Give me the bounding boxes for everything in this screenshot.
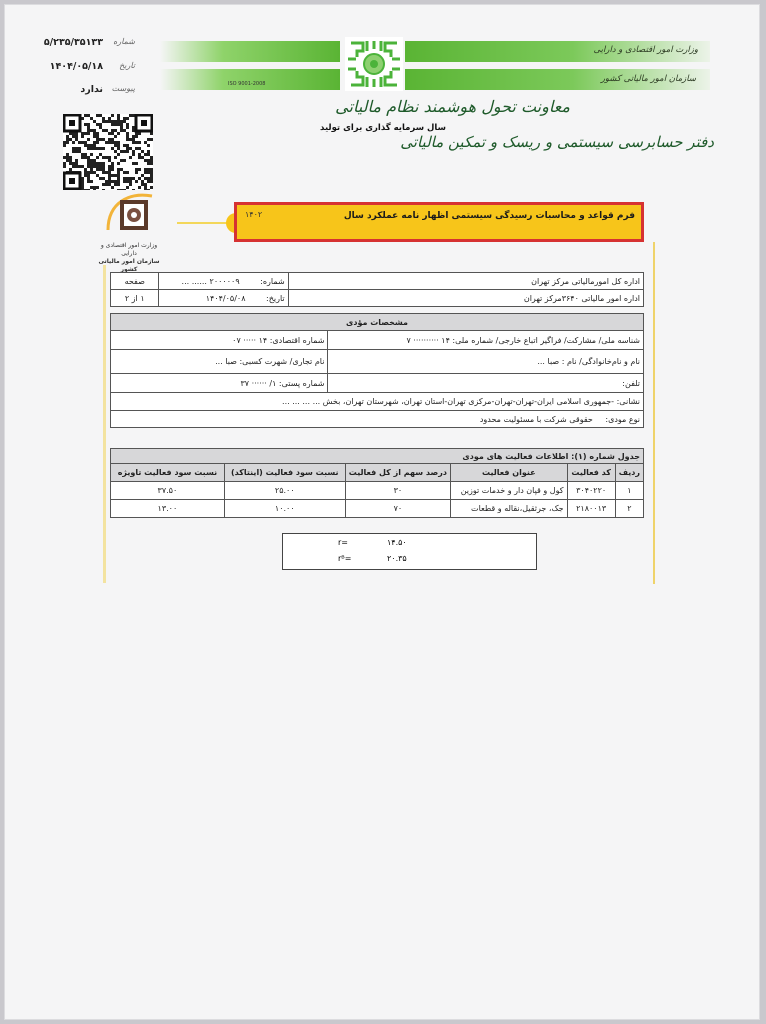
tax-organization-emblem-icon [345, 37, 403, 91]
national-id: شناسه ملی/ مشارکت/ فراگیر اتباع خارجی/ ش… [328, 331, 644, 350]
table-cell: ۲۵.۰۰ [224, 482, 345, 500]
table-cell: ۳۰۴۰۲۲۰ [567, 482, 615, 500]
header-bar-left-top [160, 41, 340, 62]
summary-r: r= ۱۴.۵۰ [283, 538, 536, 552]
column-header: عنوان فعالیت [451, 464, 568, 482]
connector-line [177, 222, 227, 224]
right-guide-line [653, 242, 655, 584]
taxpayer-section-title: مشخصات مؤدی [111, 314, 644, 331]
column-header: نسبت سود فعالیت تاویژه [111, 464, 225, 482]
economic-number: شماره اقتصادی: ۱۴ ····· ۰۷ [111, 331, 328, 350]
general-office: اداره کل امورمالیاتی مرکز تهران [288, 273, 643, 290]
trade-name: نام تجاری/ شهرت کسبی: صبا ... [111, 350, 328, 374]
office-info-table: اداره کل امورمالیاتی مرکز تهران شماره: ۲… [110, 272, 644, 307]
column-header: ردیف [615, 464, 643, 482]
column-header: درصد سهم از کل فعالیت [345, 464, 450, 482]
table-cell: ۳۷.۵۰ [111, 482, 225, 500]
office-title: دفتر حسابرسی سیستمی و ریسک و تمکین مالیا… [400, 133, 714, 151]
deputy-title: معاونت تحول هوشمند نظام مالیاتی [335, 97, 570, 116]
postal-code: شماره پستی: ۱/ ······ ۳۷ [111, 374, 328, 393]
table-cell: ۱۳.۰۰ [111, 500, 225, 518]
activities-table-title: جدول شماره (۱): اطلاعات فعالیت های مودی [111, 449, 644, 464]
taxpayer-name: نام و نام‌خانوادگی/ نام : صبا ... [328, 350, 644, 374]
form-title-banner: فرم قواعد و محاسبات رسیدگی سیستمی اظهار … [234, 202, 644, 242]
table-cell: جک، جرثقیل،نقاله و قطعات [451, 500, 568, 518]
organization-name: سازمان امور مالیاتی کشور [601, 74, 696, 84]
table-row: ۲۲۱۸۰۰۱۳جک، جرثقیل،نقاله و قطعات۷۰۱۰.۰۰۱… [111, 500, 644, 518]
qr-code [63, 114, 153, 190]
column-header: نسبت سود فعالیت (اینتاکد) [224, 464, 345, 482]
address: نشانی: -جمهوری اسلامی ایران-تهران-تهران-… [111, 393, 644, 411]
letter-date: تاریخ ۱۴۰۴/۰۵/۱۸ [30, 61, 135, 77]
letter-date-cell: تاریخ: ۱۴۰۴/۰۵/۰۸ [159, 290, 288, 307]
tax-office: اداره امور مالیاتی ۳۶۴۰مرکز تهران [288, 290, 643, 307]
left-guide-line [103, 265, 106, 583]
taxpayer-type: نوع مودی: حقوقی شرکت با مسئولیت محدود [111, 411, 644, 428]
table-cell: ۱ [615, 482, 643, 500]
table-cell: ۳۰ [345, 482, 450, 500]
page-label: صفحه [111, 273, 159, 290]
summary-box: r= ۱۴.۵۰ rᴮ= ۲۰.۳۵ [282, 533, 537, 570]
table-cell: ۲ [615, 500, 643, 518]
letter-number-cell: شماره: ۲۰۰۰۰۰۹ ...... ... [159, 273, 288, 290]
summary-rb: rᴮ= ۲۰.۳۵ [283, 554, 536, 568]
iso-label: ISO 9001-2008 [228, 81, 265, 87]
table-cell: ۲۱۸۰۰۱۳ [567, 500, 615, 518]
letter-attachment: پیوست ندارد [30, 84, 135, 100]
table-row: ۱۳۰۴۰۲۲۰کول و قپان دار و خدمات توزین۳۰۲۵… [111, 482, 644, 500]
ministry-name: وزارت امور اقتصادی و دارایی [594, 45, 698, 55]
taxpayer-table: مشخصات مؤدی شناسه ملی/ مشارکت/ فراگیر ات… [110, 313, 644, 428]
column-header: کد فعالیت [567, 464, 615, 482]
table-cell: ۷۰ [345, 500, 450, 518]
page-value: ۱ از ۲ [111, 290, 159, 307]
year-slogan: سال سرمایه گذاری برای تولید [318, 123, 448, 133]
activities-table: جدول شماره (۱): اطلاعات فعالیت های مودی … [110, 448, 644, 518]
table-cell: کول و قپان دار و خدمات توزین [451, 482, 568, 500]
phone: تلفن: [328, 374, 644, 393]
letter-number: شماره ۵/۲۳۵/۳۵۱۳۳ [30, 37, 135, 53]
table-cell: ۱۰.۰۰ [224, 500, 345, 518]
